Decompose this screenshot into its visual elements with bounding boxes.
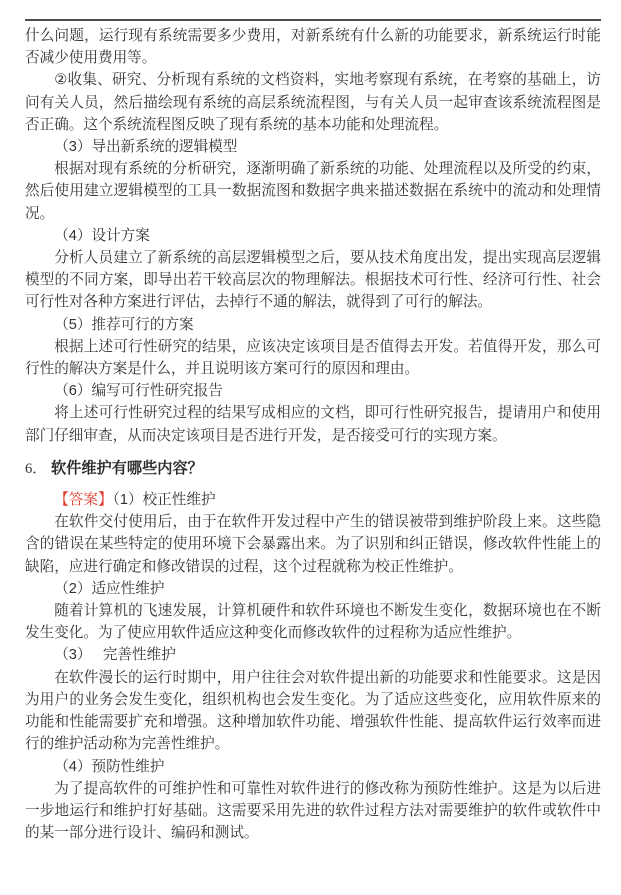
body-paragraph: 将上述可行性研究过程的结果写成相应的文档，即可行性研究报告，提请用户和使用部门仔… bbox=[25, 402, 601, 446]
body-paragraph: 为了提高软件的可维护性和可靠性对软件进行的修改称为预防性维护。这是为以后进一步地… bbox=[25, 778, 601, 845]
list-item-heading: （3）导出新系统的逻辑模型 bbox=[25, 136, 601, 158]
list-item-heading: （2）适应性维护 bbox=[25, 578, 601, 600]
body-paragraph: 分析人员建立了新系统的高层逻辑模型之后，要从技术角度出发，提出实现高层逻辑模型的… bbox=[25, 247, 601, 314]
body-paragraph: 在软件交付使用后，由于在软件开发过程中产生的错误被带到维护阶段上来。这些隐含的错… bbox=[25, 511, 601, 578]
list-item-heading: （6）编写可行性研究报告 bbox=[25, 380, 601, 402]
answer-first-item: （1）校正性维护 bbox=[113, 492, 216, 508]
answer-line: 【答案】（1）校正性维护 bbox=[25, 489, 601, 511]
top-divider bbox=[25, 19, 601, 21]
answer-label: 【答案】 bbox=[54, 492, 112, 508]
body-paragraph: ②收集、研究、分析现有系统的文档资料，实地考察现有系统，在考察的基础上，访问有关… bbox=[25, 69, 601, 136]
body-paragraph: 根据对现有系统的分析研究，逐渐明确了新系统的功能、处理流程以及所受的约束，然后使… bbox=[25, 158, 601, 225]
document-page: 什么问题，运行现有系统需要多少费用，对新系统有什么新的功能要求，新系统运行时能否… bbox=[0, 0, 621, 895]
body-paragraph: 随着计算机的飞速发展，计算机硬件和软件环境也不断发生变化，数据环境也在不断发生变… bbox=[25, 600, 601, 644]
list-item-heading: （4）设计方案 bbox=[25, 225, 601, 247]
list-item-heading: （4）预防性维护 bbox=[25, 756, 601, 778]
list-item-heading: （3） 完善性维护 bbox=[25, 644, 601, 666]
question-heading: 6． 软件维护有哪些内容？ bbox=[25, 458, 601, 480]
question-number: 6． bbox=[25, 461, 47, 477]
list-item-heading: （5）推荐可行的方案 bbox=[25, 314, 601, 336]
body-paragraph: 什么问题，运行现有系统需要多少费用，对新系统有什么新的功能要求，新系统运行时能否… bbox=[25, 25, 601, 69]
body-paragraph: 在软件漫长的运行时期中，用户往往会对软件提出新的功能要求和性能要求。这是因为用户… bbox=[25, 667, 601, 756]
body-paragraph: 根据上述可行性研究的结果，应该决定该项目是否值得去开发。若值得开发，那么可行性的… bbox=[25, 336, 601, 380]
question-text: 软件维护有哪些内容？ bbox=[51, 460, 203, 477]
